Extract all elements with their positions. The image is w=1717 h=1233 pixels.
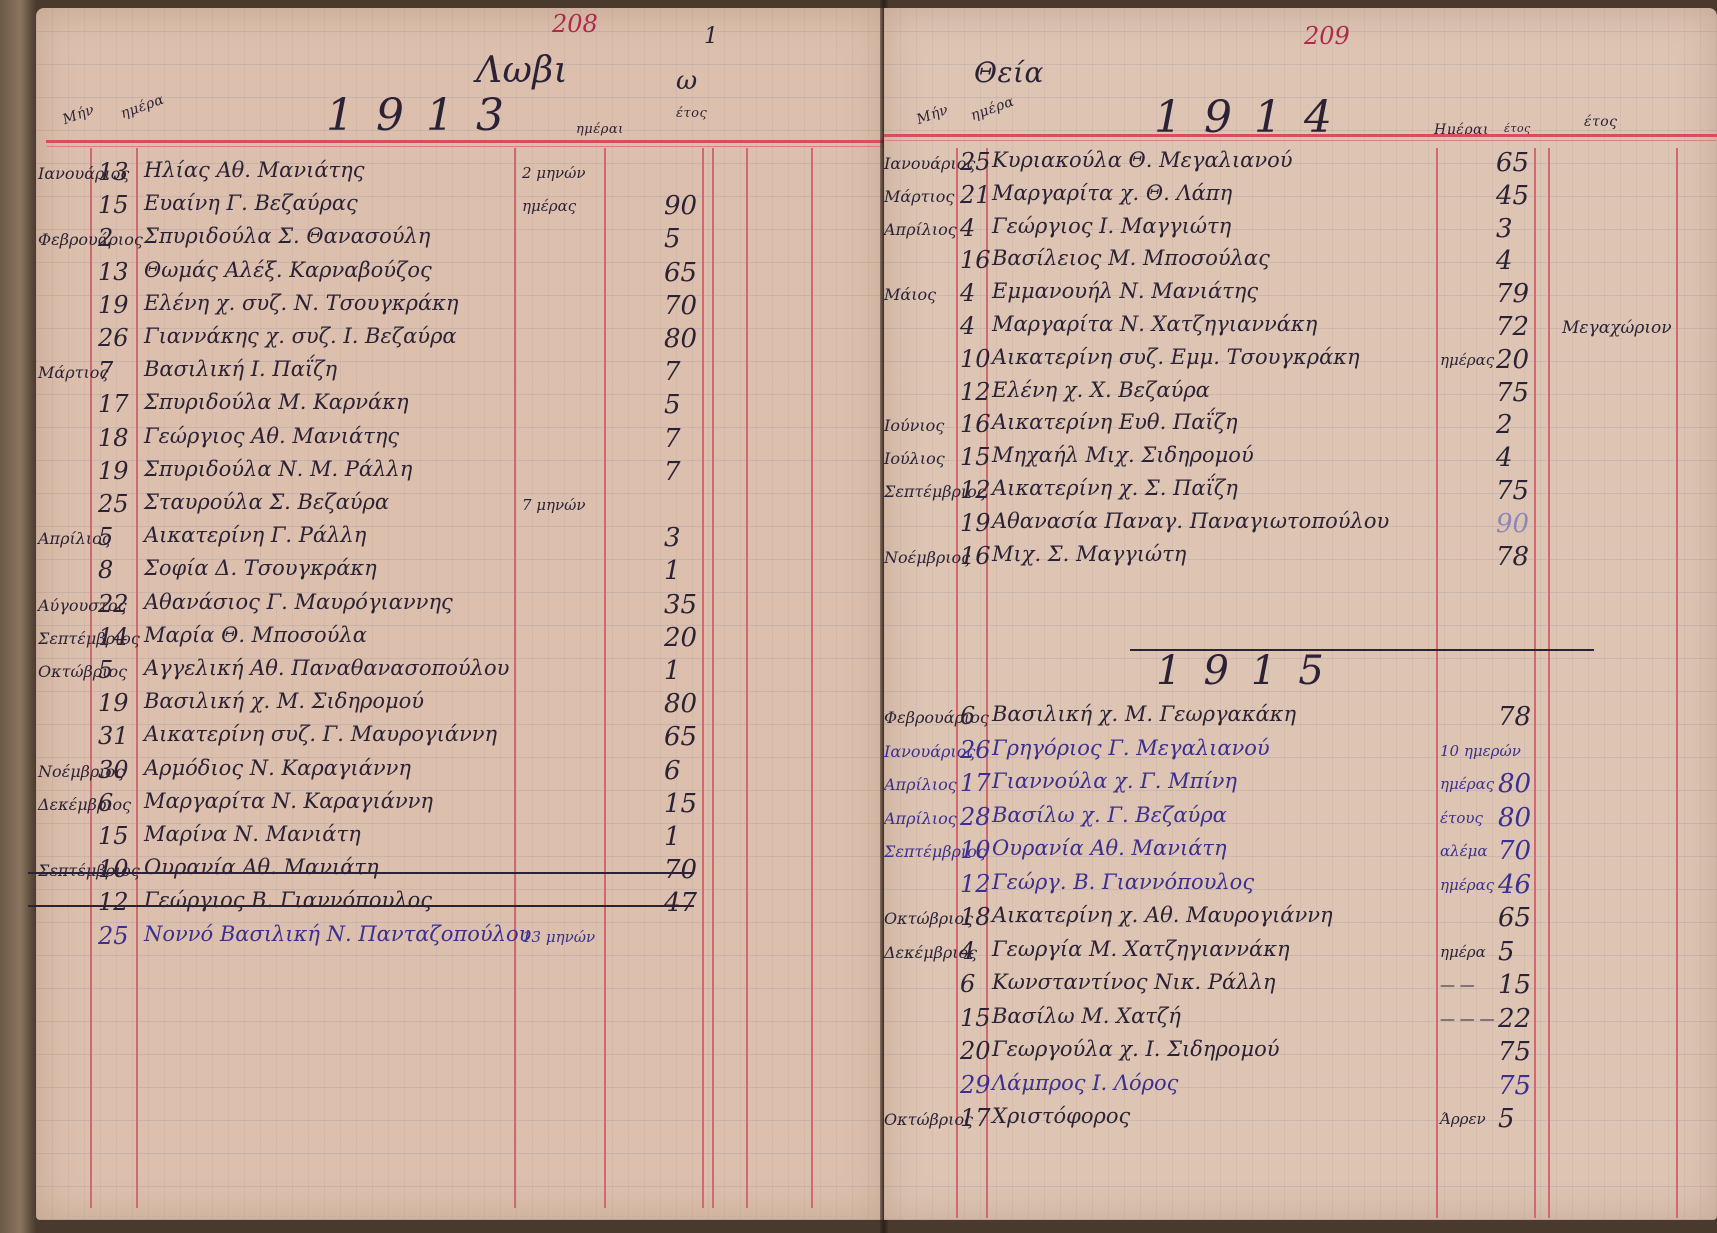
name-cell: Βασιλική χ. Μ. Σιδηρομού <box>144 689 424 713</box>
day-cell: 16 <box>960 246 991 274</box>
ledger-row: Απρίλιος28Βασίλω χ. Γ. Βεζαύραέτους80 <box>884 803 1717 837</box>
ledger-row: 4Μαργαρίτα Ν. Χατζηγιαννάκη72Μεγαχώριον <box>884 312 1717 346</box>
day-cell: 25 <box>98 490 129 518</box>
name-cell: Ουρανία Αθ. Μανιάτη <box>992 836 1227 860</box>
ledger-row: Ιανουάριος25Κυριακούλα Θ. Μεγαλιανού65 <box>884 148 1717 182</box>
name-cell: Αρμόδιος Ν. Καραγιάννη <box>144 756 411 780</box>
ledger-row: 15Μαρίνα Ν. Μανιάτη1 <box>36 822 884 856</box>
amount-cell: 4 <box>1496 246 1513 276</box>
name-cell: Γιαννούλα χ. Γ. Μπίνη <box>992 769 1237 793</box>
note-cell: ημέρας <box>1440 351 1494 369</box>
amount-cell: 65 <box>1498 903 1531 933</box>
name-cell: Σπυριδούλα Σ. Θανασούλη <box>144 224 430 248</box>
day-cell: 4 <box>960 937 975 965</box>
amount-cell: 75 <box>1498 1037 1531 1067</box>
amount-cell: 20 <box>1496 345 1529 375</box>
note-cell: ημέρας <box>1440 775 1494 793</box>
name-cell: Σπυριδούλα Ν. Μ. Ράλλη <box>144 457 412 481</box>
column-header-day: ημέρα <box>119 92 167 122</box>
strikethrough-line <box>28 905 694 907</box>
amount-cell: 65 <box>664 722 697 752</box>
amount-cell: 46 <box>1498 870 1531 900</box>
month-cell: Ιούλιος <box>884 449 945 468</box>
note-cell: ημέρας <box>1440 876 1494 894</box>
column-header-note: ημέραι <box>576 122 624 137</box>
ledger-row: 19Βασιλική χ. Μ. Σιδηρομού80 <box>36 689 884 723</box>
month-cell: Απρίλιος <box>884 775 957 794</box>
name-cell: Μιχ. Σ. Μαγγιώτη <box>992 542 1186 566</box>
name-cell: Βασίλω χ. Γ. Βεζαύρα <box>992 803 1227 827</box>
name-cell: Κωνσταντίνος Νικ. Ράλλη <box>992 970 1275 994</box>
header-rule <box>884 134 1717 137</box>
amount-cell: 80 <box>664 324 697 354</box>
month-cell: Νοέμβριος <box>884 548 970 567</box>
column-header-amount: έτος <box>676 106 707 121</box>
note-cell: 7 μηνών <box>522 496 586 514</box>
page-title: Λωβι <box>476 50 568 91</box>
corner-mark: 1 <box>704 24 719 49</box>
ledger-row: 17Σπυριδούλα Μ. Καρνάκη5 <box>36 390 884 424</box>
amount-cell: 79 <box>1496 279 1529 309</box>
section-year-heading: 1915 <box>1156 648 1346 694</box>
amount-cell: 5 <box>1498 937 1515 967</box>
amount-cell: 1 <box>664 556 681 586</box>
day-cell: 16 <box>960 410 991 438</box>
amount-cell: 80 <box>1498 803 1531 833</box>
ledger-row: 6Κωνσταντίνος Νικ. Ράλλη— —15 <box>884 970 1717 1004</box>
ledger-row: 29Λάμπρος Ι. Λόρος75 <box>884 1071 1717 1105</box>
ledger-row: Οκτώβριος5Αγγελική Αθ. Παναθανασοπούλου1 <box>36 656 884 690</box>
amount-cell: 90 <box>1496 509 1529 539</box>
day-cell: 15 <box>98 822 129 850</box>
ledger-row: Απρίλιος17Γιαννούλα χ. Γ. Μπίνηημέρας80 <box>884 769 1717 803</box>
ledger-row: Απρίλιος4Γεώργιος Ι. Μαγγιώτη3 <box>884 214 1717 248</box>
day-cell: 19 <box>98 291 129 319</box>
ledger-row: Ιανουάριος13Ηλίας Αθ. Μανιάτης2 μηνών <box>36 158 884 192</box>
ledger-row: 12Γεώργ. Β. Γιαννόπουλοςημέρας46 <box>884 870 1717 904</box>
amount-cell: 70 <box>1498 836 1531 866</box>
day-cell: 19 <box>98 457 129 485</box>
ledger-row: 8Σοφία Δ. Τσουγκράκη1 <box>36 556 884 590</box>
name-cell: Βασιλική χ. Μ. Γεωργακάκη <box>992 702 1296 726</box>
page-number: 208 <box>552 10 598 38</box>
strikethrough-line <box>28 872 694 874</box>
name-cell: Εμμανουήλ Ν. Μανιάτης <box>992 279 1258 303</box>
ledger-row: Μάρτιος7Βασιλική Ι. Παΐζη7 <box>36 357 884 391</box>
month-cell: Φεβρουάριος <box>38 230 143 249</box>
month-cell: Απρίλιος <box>884 809 957 828</box>
day-cell: 26 <box>98 324 129 352</box>
month-cell: Μάρτιος <box>884 187 954 206</box>
ledger-row: 26Γιαννάκης χ. συζ. Ι. Βεζαύρα80 <box>36 324 884 358</box>
day-cell: 25 <box>98 922 129 950</box>
name-cell: Αικατερίνη χ. Αθ. Μαυρογιάννη <box>992 903 1333 927</box>
amount-cell: 7 <box>664 424 681 454</box>
amount-cell: 75 <box>1496 378 1529 408</box>
day-cell: 6 <box>960 702 975 730</box>
amount-cell: 5 <box>1498 1104 1515 1134</box>
ledger-row: 15Βασίλω Μ. Χατζή— — —22 <box>884 1004 1717 1038</box>
amount-cell: 80 <box>1498 769 1531 799</box>
amount-cell: 6 <box>664 756 681 786</box>
day-cell: 16 <box>960 542 991 570</box>
name-cell: Βασιλική Ι. Παΐζη <box>144 357 337 381</box>
day-cell: 21 <box>960 181 991 209</box>
name-cell: Αικατερίνη Ευθ. Παΐζη <box>992 410 1238 434</box>
day-cell: 4 <box>960 312 975 340</box>
page-title: Θεία <box>974 56 1044 89</box>
ledger-row: Μάιος4Εμμανουήλ Ν. Μανιάτης79 <box>884 279 1717 313</box>
name-cell: Βασίλω Μ. Χατζή <box>992 1004 1181 1028</box>
ledger-row: Απρίλιος5Αικατερίνη Γ. Ράλλη3 <box>36 523 884 557</box>
day-cell: 6 <box>98 789 113 817</box>
name-cell: Ελένη χ. Χ. Βεζαύρα <box>992 378 1210 402</box>
day-cell: 19 <box>98 689 129 717</box>
amount-cell: 20 <box>664 623 697 653</box>
day-cell: 19 <box>960 509 991 537</box>
name-cell: Μαρίνα Ν. Μανιάτη <box>144 822 361 846</box>
ledger-row: Αύγουστος22Αθανάσιος Γ. Μαυρόγιαννης35 <box>36 590 884 624</box>
ledger-row: Νοέμβριος16Μιχ. Σ. Μαγγιώτη78 <box>884 542 1717 576</box>
amount-cell: 7 <box>664 457 681 487</box>
name-cell: Μαργαρίτα Ν. Καραγιάννη <box>144 789 433 813</box>
ledger-row: Νοέμβριος30Αρμόδιος Ν. Καραγιάννη6 <box>36 756 884 790</box>
day-cell: 8 <box>98 556 113 584</box>
ledger-row: Σεπτέμβριος10Ουρανία Αθ. Μανιάτηαλέμα70 <box>884 836 1717 870</box>
amount-cell: 70 <box>664 291 697 321</box>
amount-cell: 1 <box>664 656 681 686</box>
day-cell: 17 <box>960 1104 991 1132</box>
day-cell: 10 <box>98 855 129 883</box>
amount-cell: 3 <box>664 523 681 553</box>
name-cell: Γεώργιος Ι. Μαγγιώτη <box>992 214 1231 238</box>
day-cell: 15 <box>98 191 129 219</box>
name-cell: Αικατερίνη συζ. Γ. Μαυρογιάννη <box>144 722 497 746</box>
name-cell: Αικατερίνη Γ. Ράλλη <box>144 523 366 547</box>
month-cell: Μάιος <box>884 285 936 304</box>
ledger-row: Δεκέμβριος6Μαργαρίτα Ν. Καραγιάννη15 <box>36 789 884 823</box>
name-cell: Σοφία Δ. Τσουγκράκη <box>144 556 377 580</box>
amount-cell: 47 <box>664 888 697 918</box>
day-cell: 12 <box>960 870 991 898</box>
year-heading: 1913 <box>326 90 526 141</box>
amount-cell: 5 <box>664 390 681 420</box>
amount-cell: 3 <box>1496 214 1513 244</box>
ledger-row: 25Νοννό Βασιλική Ν. Πανταζοπούλου13 μηνώ… <box>36 922 884 956</box>
day-cell: 10 <box>960 345 991 373</box>
name-cell: Νοννό Βασιλική Ν. Πανταζοπούλου <box>144 922 531 946</box>
name-cell: Γεωργούλα χ. Ι. Σιδηρομού <box>992 1037 1280 1061</box>
amount-cell: 35 <box>664 590 697 620</box>
name-cell: Αθανάσιος Γ. Μαυρόγιαννης <box>144 590 453 614</box>
name-cell: Ηλίας Αθ. Μανιάτης <box>144 158 364 182</box>
name-cell: Αικατερίνη χ. Σ. Παΐζη <box>992 476 1238 500</box>
day-cell: 2 <box>98 224 113 252</box>
ledger-row: Δεκέμβριος4Γεωργία Μ. Χατζηγιαννάκηημέρα… <box>884 937 1717 971</box>
day-cell: 4 <box>960 214 975 242</box>
name-cell: Ελένη χ. συζ. Ν. Τσουγκράκη <box>144 291 459 315</box>
day-cell: 17 <box>960 769 991 797</box>
ledger-row: 15Ευαίνη Γ. Βεζαύραςημέρας90 <box>36 191 884 225</box>
name-cell: Θωμάς Αλέξ. Καρναβούζος <box>144 258 432 282</box>
amount-cell: 15 <box>1498 970 1531 1000</box>
amount-cell: 65 <box>664 258 697 288</box>
column-header-day: ημέρα <box>969 94 1017 124</box>
amount-cell: 45 <box>1496 181 1529 211</box>
ledger-book: 208 1 Λωβι ω 1913 Μήν ημέρα ημέραι έτος … <box>0 0 1717 1233</box>
ledger-row: Σεπτέμβριος14Μαρία Θ. Μποσούλα20 <box>36 623 884 657</box>
name-cell: Σπυριδούλα Μ. Καρνάκη <box>144 390 409 414</box>
name-cell: Μηχαήλ Μιχ. Σιδηρομού <box>992 443 1254 467</box>
ledger-row: Σεπτέμβριος10Ουρανία Αθ. Μανιάτη70 <box>36 855 884 889</box>
day-cell: 14 <box>98 623 129 651</box>
ledger-row: 18Γεώργιος Αθ. Μανιάτης7 <box>36 424 884 458</box>
name-cell: Αικατερίνη συζ. Εμμ. Τσουγκράκη <box>992 345 1360 369</box>
amount-cell: 5 <box>664 224 681 254</box>
day-cell: 5 <box>98 523 113 551</box>
day-cell: 7 <box>98 357 113 385</box>
note-cell: 10 ημερών <box>1440 742 1521 760</box>
amount-cell: 4 <box>1496 443 1513 473</box>
day-cell: 12 <box>960 476 991 504</box>
name-cell: Σταυρούλα Σ. Βεζαύρα <box>144 490 389 514</box>
day-cell: 25 <box>960 148 991 176</box>
ledger-row: Σεπτέμβριος12Αικατερίνη χ. Σ. Παΐζη75 <box>884 476 1717 510</box>
name-cell: Αθανασία Παναγ. Παναγιωτοπούλου <box>992 509 1389 533</box>
left-page: 208 1 Λωβι ω 1913 Μήν ημέρα ημέραι έτος … <box>36 8 884 1220</box>
ledger-row: 31Αικατερίνη συζ. Γ. Μαυρογιάννη65 <box>36 722 884 756</box>
column-header-month: Μήν <box>915 102 951 128</box>
day-cell: 6 <box>960 970 975 998</box>
amount-cell: 75 <box>1498 1071 1531 1101</box>
amount-cell: 70 <box>664 855 697 885</box>
name-cell: Γρηγόριος Γ. Μεγαλιανού <box>992 736 1270 760</box>
name-cell: Χριστόφορος <box>992 1104 1130 1128</box>
ledger-row: 16Βασίλειος Μ. Μποσούλας4 <box>884 246 1717 280</box>
note-cell: αλέμα <box>1440 842 1488 860</box>
day-cell: 15 <box>960 443 991 471</box>
note-cell: Άρρεν <box>1440 1110 1486 1128</box>
ledger-row: Φεβρουάριος2Σπυριδούλα Σ. Θανασούλη5 <box>36 224 884 258</box>
note-cell: 13 μηνών <box>522 928 595 946</box>
column-header-month: Μήν <box>61 102 97 128</box>
amount-cell: 7 <box>664 357 681 387</box>
ledger-row: 12Γεώργιος Β. Γιαννόπουλος47 <box>36 888 884 922</box>
amount-cell: 78 <box>1496 542 1529 572</box>
name-cell: Γεώργ. Β. Γιαννόπουλος <box>992 870 1254 894</box>
day-cell: 28 <box>960 803 991 831</box>
note-cell: — — <box>1440 976 1475 994</box>
day-cell: 15 <box>960 1004 991 1032</box>
note-cell: έτους <box>1440 809 1483 827</box>
day-cell: 22 <box>98 590 129 618</box>
day-cell: 30 <box>98 756 129 784</box>
name-cell: Ουρανία Αθ. Μανιάτη <box>144 855 379 879</box>
ledger-row: Ιούλιος15Μηχαήλ Μιχ. Σιδηρομού4 <box>884 443 1717 477</box>
note-cell: ημέρα <box>1440 943 1486 961</box>
name-cell: Γεώργιος Β. Γιαννόπουλος <box>144 888 432 912</box>
remark-cell: Μεγαχώριον <box>1562 318 1672 338</box>
column-header-extra: έτος <box>1584 114 1618 130</box>
name-cell: Μαργαρίτα Ν. Χατζηγιαννάκη <box>992 312 1317 336</box>
ledger-row: 10Αικατερίνη συζ. Εμμ. Τσουγκράκηημέρας2… <box>884 345 1717 379</box>
name-cell: Λάμπρος Ι. Λόρος <box>992 1071 1178 1095</box>
right-page: 209 Θεία 1914 Μήν ημέρα Ημέραι έτος έτος… <box>884 8 1717 1220</box>
amount-cell: 15 <box>664 789 697 819</box>
month-cell: Οκτώβριος <box>38 662 127 681</box>
name-cell: Αγγελική Αθ. Παναθανασοπούλου <box>144 656 509 680</box>
ledger-row: 13Θωμάς Αλέξ. Καρναβούζος65 <box>36 258 884 292</box>
amount-cell: 22 <box>1498 1004 1531 1034</box>
day-cell: 10 <box>960 836 991 864</box>
name-cell: Γεώργιος Αθ. Μανιάτης <box>144 424 399 448</box>
amount-cell: 75 <box>1496 476 1529 506</box>
day-cell: 26 <box>960 736 991 764</box>
amount-cell: 2 <box>1496 410 1513 440</box>
amount-cell: 78 <box>1498 702 1531 732</box>
ledger-row: 19Αθανασία Παναγ. Παναγιωτοπούλου90 <box>884 509 1717 543</box>
day-cell: 18 <box>98 424 129 452</box>
header-rule <box>46 140 884 143</box>
name-cell: Γεωργία Μ. Χατζηγιαννάκη <box>992 937 1290 961</box>
ledger-row: 12Ελένη χ. Χ. Βεζαύρα75 <box>884 378 1717 412</box>
day-cell: 29 <box>960 1071 991 1099</box>
amount-cell: 80 <box>664 689 697 719</box>
name-cell: Γιαννάκης χ. συζ. Ι. Βεζαύρα <box>144 324 457 348</box>
name-cell: Ευαίνη Γ. Βεζαύρας <box>144 191 358 215</box>
ledger-row: 19Σπυριδούλα Ν. Μ. Ράλλη7 <box>36 457 884 491</box>
amount-cell: 65 <box>1496 148 1529 178</box>
name-cell: Κυριακούλα Θ. Μεγαλιανού <box>992 148 1293 172</box>
ledger-row: Ιούνιος16Αικατερίνη Ευθ. Παΐζη2 <box>884 410 1717 444</box>
day-cell: 12 <box>98 888 129 916</box>
amount-cell: 1 <box>664 822 681 852</box>
page-title-suffix: ω <box>676 66 698 96</box>
day-cell: 17 <box>98 390 129 418</box>
ledger-row: 20Γεωργούλα χ. Ι. Σιδηρομού75 <box>884 1037 1717 1071</box>
month-cell: Ιούνιος <box>884 416 944 435</box>
day-cell: 4 <box>960 279 975 307</box>
amount-cell: 72 <box>1496 312 1529 342</box>
name-cell: Μαργαρίτα χ. Θ. Λάπη <box>992 181 1232 205</box>
month-cell: Απρίλιος <box>884 220 957 239</box>
ledger-row: Μάρτιος21Μαργαρίτα χ. Θ. Λάπη45 <box>884 181 1717 215</box>
page-number: 209 <box>1304 22 1350 50</box>
note-cell: ημέρας <box>522 197 576 215</box>
month-cell: Δεκέμβριος <box>38 795 131 814</box>
note-cell: — — — <box>1440 1010 1495 1028</box>
ledger-row: Ιανουάριος26Γρηγόριος Γ. Μεγαλιανού10 ημ… <box>884 736 1717 770</box>
ledger-row: 19Ελένη χ. συζ. Ν. Τσουγκράκη70 <box>36 291 884 325</box>
ledger-row: Φεβρουάριος6Βασιλική χ. Μ. Γεωργακάκη78 <box>884 702 1717 736</box>
name-cell: Βασίλειος Μ. Μποσούλας <box>992 246 1270 270</box>
day-cell: 13 <box>98 258 129 286</box>
day-cell: 12 <box>960 378 991 406</box>
day-cell: 5 <box>98 656 113 684</box>
note-cell: 2 μηνών <box>522 164 586 182</box>
day-cell: 20 <box>960 1037 991 1065</box>
amount-cell: 90 <box>664 191 697 221</box>
ledger-row: Οκτώβριος18Αικατερίνη χ. Αθ. Μαυρογιάννη… <box>884 903 1717 937</box>
ledger-row: Οκτώβριος17ΧριστόφοροςΆρρεν5 <box>884 1104 1717 1138</box>
day-cell: 18 <box>960 903 991 931</box>
day-cell: 13 <box>98 158 129 186</box>
ledger-row: 25Σταυρούλα Σ. Βεζαύρα7 μηνών <box>36 490 884 524</box>
day-cell: 31 <box>98 722 129 750</box>
name-cell: Μαρία Θ. Μποσούλα <box>144 623 367 647</box>
